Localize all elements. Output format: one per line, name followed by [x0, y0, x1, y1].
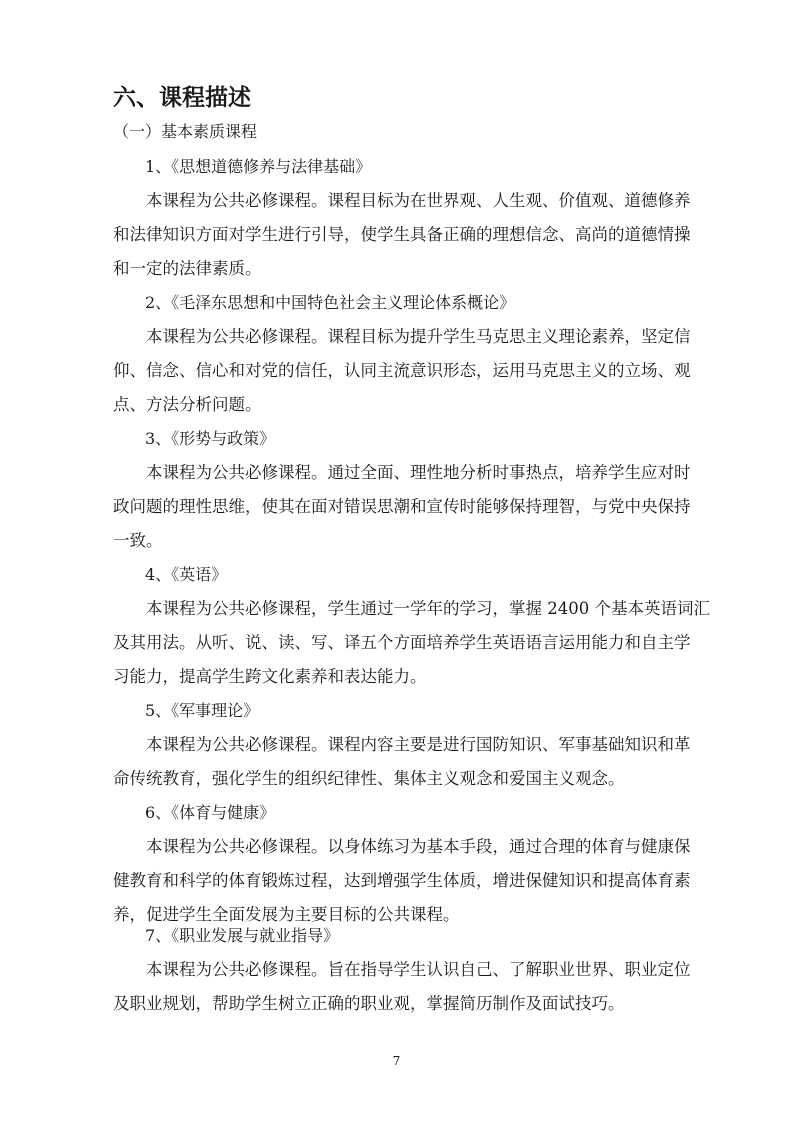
paragraph-line: 及职业规划，帮助学生树立正确的职业观，掌握简历制作及面试技巧。 [113, 987, 681, 1021]
paragraph-line: 习能力，提高学生跨文化素养和表达能力。 [113, 660, 681, 694]
paragraph-line: 本课程为公共必修课程。以身体练习为基本手段，通过合理的体育与健康保 [113, 830, 681, 864]
paragraph-line: 健教育和科学的体育锻炼过程，达到增强学生体质，增进保健知识和提高体育素 [113, 864, 681, 898]
section-title: 六、课程描述 [113, 84, 251, 112]
course-description-1: 本课程为公共必修课程。课程目标为在世界观、人生观、价值观、道德修养 和法律知识方… [113, 184, 681, 286]
paragraph-line: 点、方法分析问题。 [113, 388, 681, 422]
paragraph-line: 命传统教育，强化学生的组织纪律性、集体主义观念和爱国主义观念。 [113, 762, 681, 796]
course-title-1: 1、《思想道德修养与法律基础》 [145, 156, 371, 178]
paragraph-line: 本课程为公共必修课程。旨在指导学生认识自己、了解职业世界、职业定位 [113, 953, 681, 987]
paragraph-line: 和法律知识方面对学生进行引导，使学生具备正确的理想信念、高尚的道德情操 [113, 218, 681, 252]
paragraph-line: 一致。 [113, 524, 681, 558]
course-description-5: 本课程为公共必修课程。课程内容主要是进行国防知识、军事基础知识和革 命传统教育，… [113, 728, 681, 796]
course-description-6: 本课程为公共必修课程。以身体练习为基本手段，通过合理的体育与健康保 健教育和科学… [113, 830, 681, 932]
paragraph-line: 及其用法。从听、说、读、写、译五个方面培养学生英语语言运用能力和自主学 [113, 626, 681, 660]
paragraph-line: 本课程为公共必修课程。课程目标为在世界观、人生观、价值观、道德修养 [113, 184, 681, 218]
paragraph-line: 本课程为公共必修课程。课程内容主要是进行国防知识、军事基础知识和革 [113, 728, 681, 762]
paragraph-line: 本课程为公共必修课程。课程目标为提升学生马克思主义理论素养，坚定信 [113, 320, 681, 354]
course-title-7: 7、《职业发展与就业指导》 [145, 925, 339, 947]
paragraph-line: 本课程为公共必修课程。通过全面、理性地分析时事热点，培养学生应对时 [113, 456, 681, 490]
course-title-6: 6、《体育与健康》 [145, 802, 275, 824]
paragraph-line: 政问题的理性思维，使其在面对错误思潮和宣传时能够保持理智，与党中央保持 [113, 490, 681, 524]
paragraph-line: 本课程为公共必修课程，学生通过一学年的学习，掌握 2400 个基本英语词汇 [113, 592, 681, 626]
course-description-3: 本课程为公共必修课程。通过全面、理性地分析时事热点，培养学生应对时 政问题的理性… [113, 456, 681, 558]
course-description-7: 本课程为公共必修课程。旨在指导学生认识自己、了解职业世界、职业定位 及职业规划，… [113, 953, 681, 1021]
paragraph-line: 仰、信念、信心和对党的信任，认同主流意识形态，运用马克思主义的立场、观 [113, 354, 681, 388]
document-page: 六、课程描述 （一）基本素质课程 1、《思想道德修养与法律基础》 本课程为公共必… [0, 0, 793, 1122]
course-description-4: 本课程为公共必修课程，学生通过一学年的学习，掌握 2400 个基本英语词汇 及其… [113, 592, 681, 694]
course-description-2: 本课程为公共必修课程。课程目标为提升学生马克思主义理论素养，坚定信 仰、信念、信… [113, 320, 681, 422]
page-number: 7 [0, 1054, 793, 1068]
course-title-5: 5、《军事理论》 [145, 700, 259, 722]
course-title-3: 3、《形势与政策》 [145, 428, 275, 450]
course-title-4: 4、《英语》 [145, 564, 227, 586]
paragraph-line: 和一定的法律素质。 [113, 252, 681, 286]
course-title-2: 2、《毛泽东思想和中国特色社会主义理论体系概论》 [145, 292, 515, 314]
subsection-title: （一）基本素质课程 [113, 121, 257, 143]
